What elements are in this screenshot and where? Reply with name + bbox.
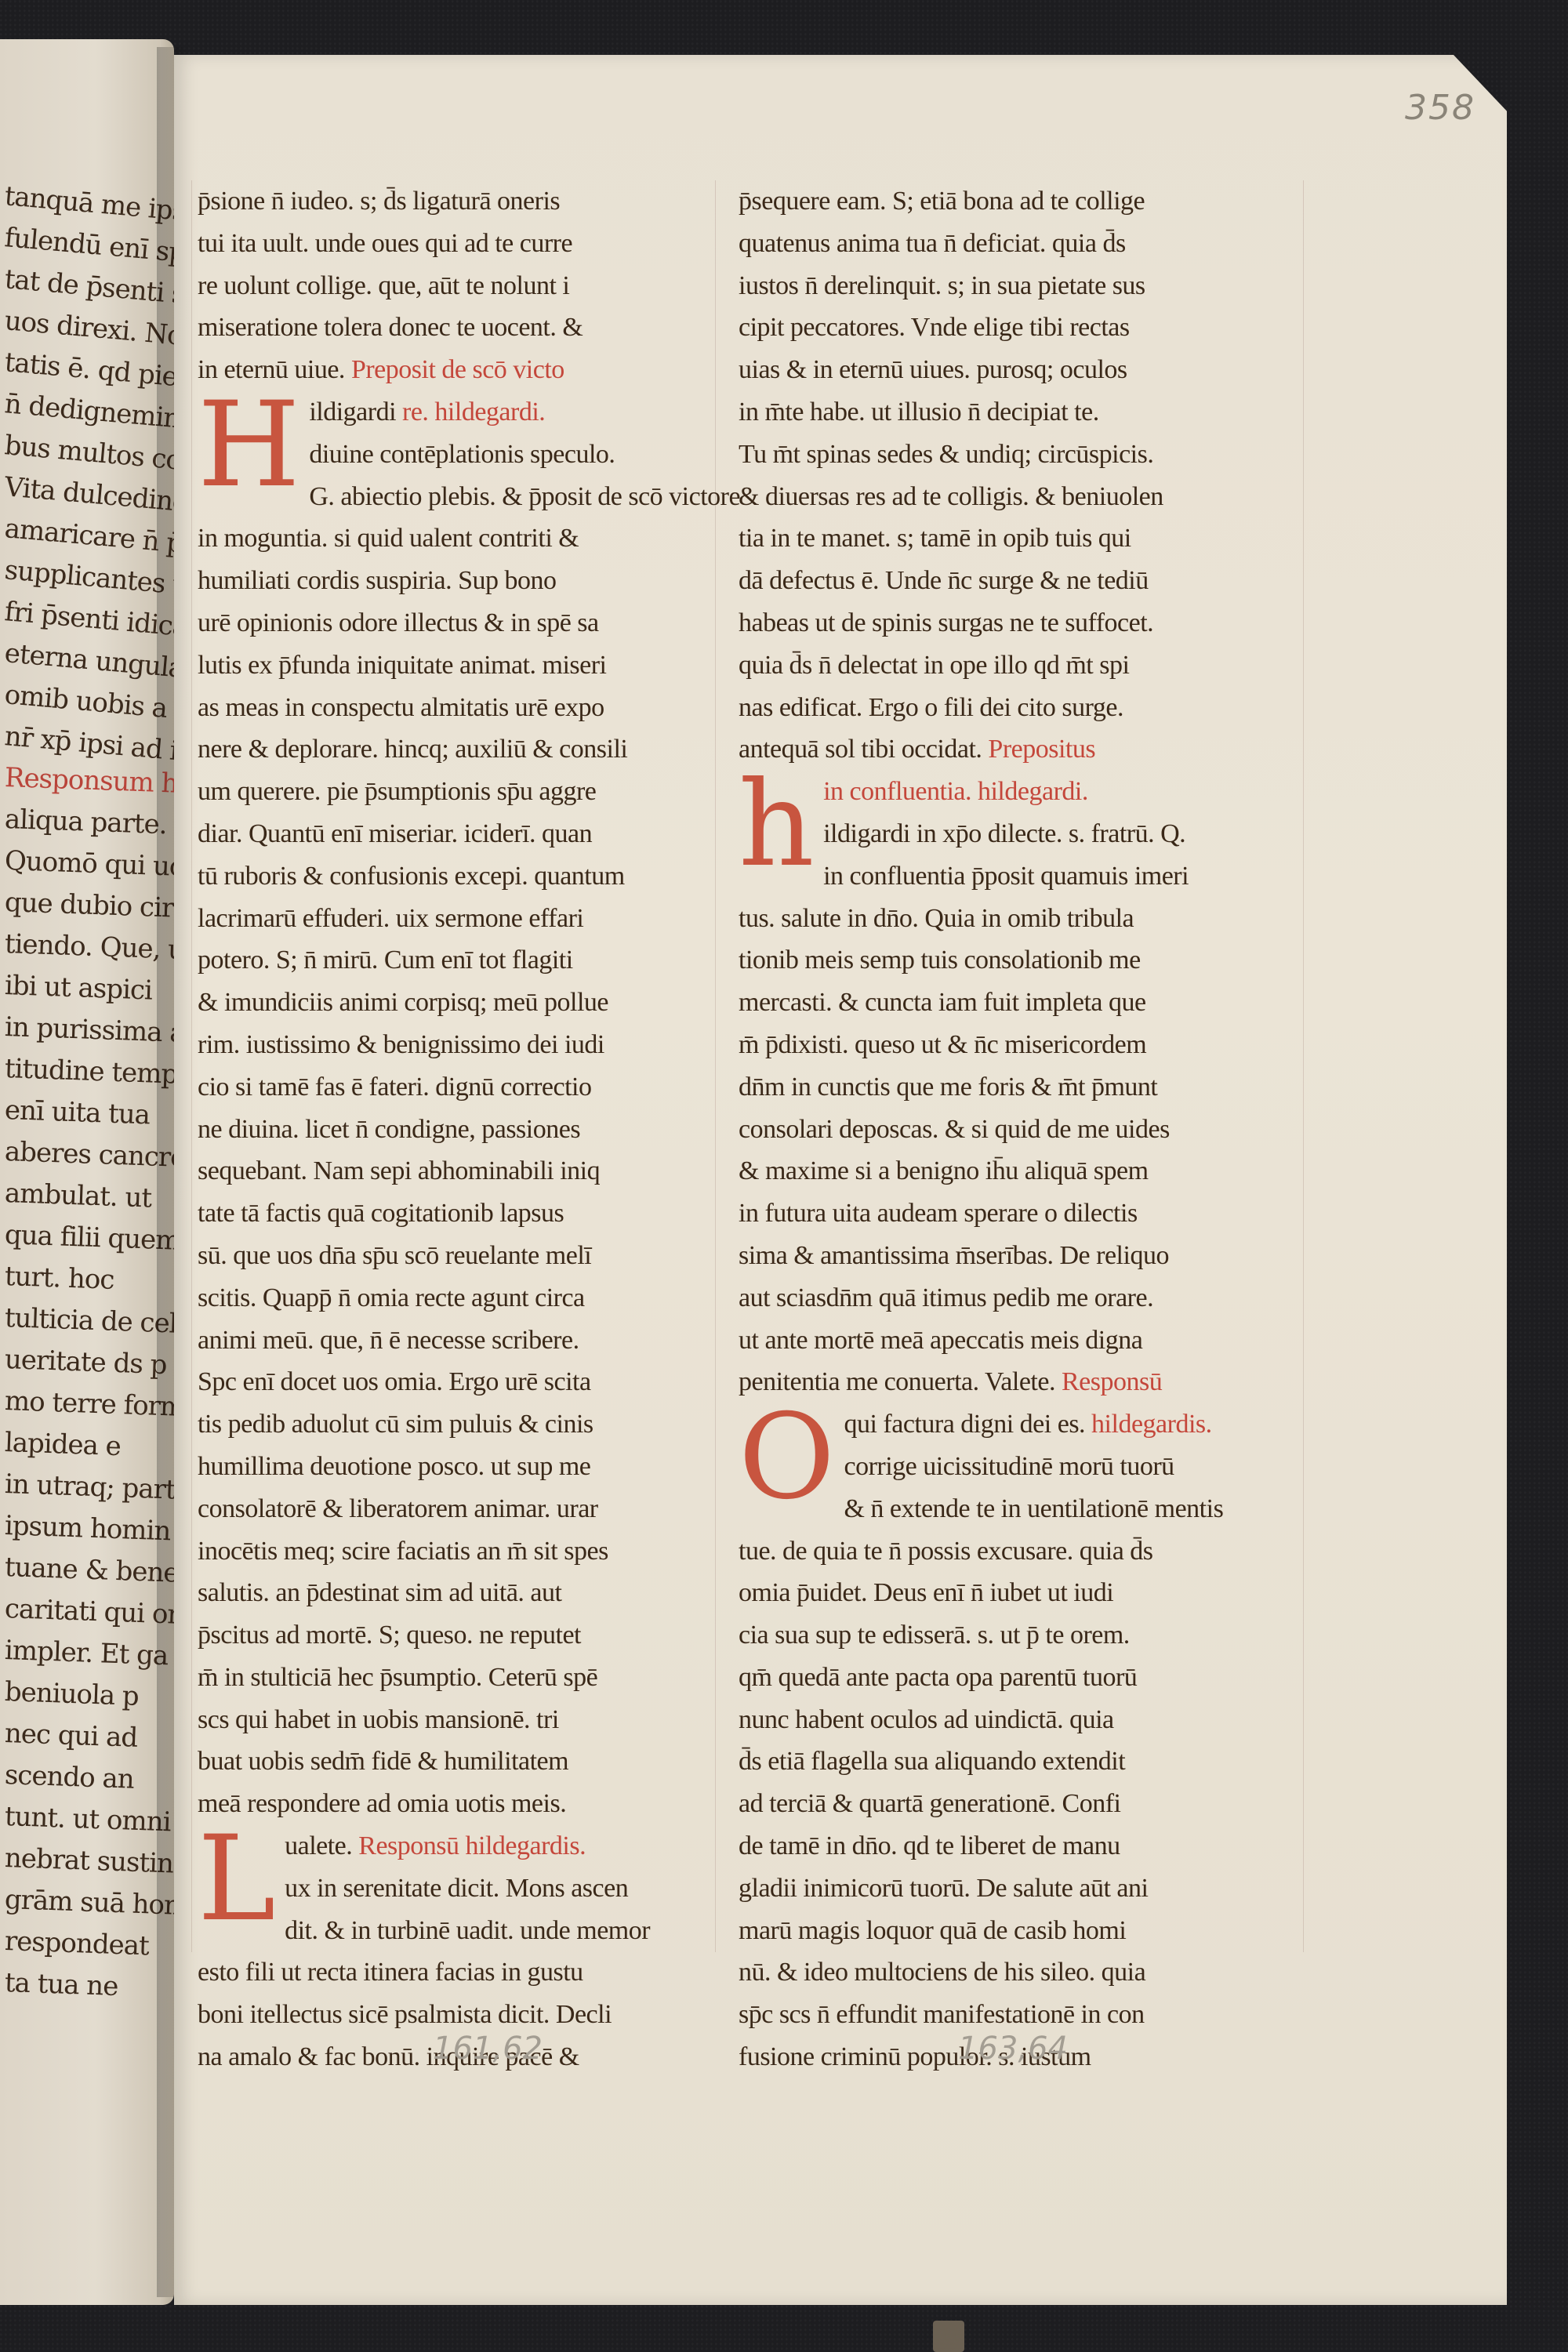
line-text: marū magis loquor quā de casib homi bbox=[739, 1916, 1126, 1945]
line-text: scs qui habet in uobis mansionē. tri bbox=[198, 1705, 559, 1734]
line-text: in moguntia. si quid ualent contriti & bbox=[198, 524, 579, 553]
left-page-line: ueritate ds p bbox=[4, 1344, 167, 1381]
manuscript-line: potero. S; n̄ mirū. Cum enī tot flagiti bbox=[198, 939, 707, 982]
line-text: cia sua sup te edisserā. s. ut p̄ te ore… bbox=[739, 1621, 1130, 1650]
manuscript-line: Lualete. Responsū hildegardis. bbox=[198, 1825, 707, 1867]
ruling-line bbox=[715, 180, 716, 1952]
manuscript-line: humillima deuotione posco. ut sup me bbox=[198, 1446, 707, 1488]
line-text: nere & deplorare. hincq; auxiliū & consi… bbox=[198, 735, 627, 764]
line-text: aut sciasdn̄m quā itimus pedib me orare. bbox=[739, 1283, 1153, 1312]
manuscript-line: m̄ p̄dixisti. queso ut & n̄c misericorde… bbox=[739, 1024, 1303, 1066]
line-text: boni itellectus sicē psalmista dicit. De… bbox=[198, 2000, 612, 2029]
line-text: nunc habent oculos ad uindictā. quia bbox=[739, 1705, 1114, 1734]
line-text: uias & in eternū uiues. purosq; oculos bbox=[739, 355, 1127, 384]
left-page-line: beniuola p bbox=[4, 1676, 139, 1712]
manuscript-line: & maxime si a benigno ih̄u aliquā spem bbox=[739, 1150, 1303, 1192]
left-page-line: in utraq; parte bbox=[4, 1468, 174, 1506]
manuscript-line: ne diuina. licet n̄ condigne, passiones bbox=[198, 1109, 707, 1151]
line-text: diar. Quantū enī miseriar. iciderī. quan bbox=[198, 819, 592, 848]
left-page-line: ibi ut aspici bbox=[4, 970, 152, 1007]
line-text: quatenus anima tua n̄ deficiat. quia d̄s bbox=[739, 229, 1126, 258]
manuscript-line: ad terciā & quartā generationē. Confi bbox=[739, 1783, 1303, 1825]
manuscript-line: dā defectus ē. Unde n̄c surge & ne tediū bbox=[739, 560, 1303, 602]
manuscript-line: scs qui habet in uobis mansionē. tri bbox=[198, 1699, 707, 1741]
left-page-line: impler. Et ga bbox=[4, 1635, 169, 1671]
manuscript-line: rim. iustissimo & benignissimo dei iudi bbox=[198, 1024, 707, 1066]
line-text: mercasti. & cuncta iam fuit impleta que bbox=[739, 988, 1146, 1017]
left-page-line: ambulat. ut bbox=[4, 1178, 151, 1214]
line-text: ildigardi in xp̄o dilecte. s. fratrū. Q. bbox=[823, 819, 1185, 848]
manuscript-line: in confluentia p̄posit quamuis imeri bbox=[739, 855, 1303, 898]
manuscript-line: tū ruboris & confusionis excepi. quantum bbox=[198, 855, 707, 898]
line-text: sima & amantissima m̄serības. De reliquo bbox=[739, 1241, 1169, 1270]
manuscript-line: m̄ in stulticiā hec p̄sumptio. Ceterū sp… bbox=[198, 1657, 707, 1699]
line-text: animi meū. que, n̄ ē necesse scribere. bbox=[198, 1326, 579, 1355]
line-text: rim. iustissimo & benignissimo dei iudi bbox=[198, 1030, 604, 1059]
left-page-line: tunt. ut omni bbox=[4, 1801, 171, 1838]
manuscript-line: uias & in eternū uiues. purosq; oculos bbox=[739, 349, 1303, 391]
line-text: tū ruboris & confusionis excepi. quantum bbox=[198, 862, 625, 891]
line-text: m̄ in stulticiā hec p̄sumptio. Ceterū sp… bbox=[198, 1663, 597, 1692]
manuscript-line: Oqui factura digni dei es. hildegardis. bbox=[739, 1403, 1303, 1446]
manuscript-line: as meas in conspectu almitatis urē expo bbox=[198, 687, 707, 729]
line-text: dn̄m in cunctis que me foris & m̄t p̄mun… bbox=[739, 1073, 1157, 1102]
line-text: sp̄c scs n̄ effundit manifestationē in c… bbox=[739, 2000, 1145, 2029]
line-text: cio si tamē fas ē fateri. dignū correcti… bbox=[198, 1073, 592, 1102]
rubric-heading: Preposit de scō victo bbox=[351, 355, 564, 384]
line-text: humillima deuotione posco. ut sup me bbox=[198, 1452, 590, 1481]
manuscript-line: inocētis meq; scire faciatis an m̄ sit s… bbox=[198, 1530, 707, 1573]
line-text: esto fili ut recta itinera facias in gus… bbox=[198, 1958, 583, 1987]
left-page-line: enī uita tua bbox=[4, 1094, 150, 1131]
line-text: penitentia me conuerta. Valete. bbox=[739, 1367, 1062, 1396]
left-page-line: mo terre formam bbox=[4, 1385, 174, 1425]
left-page-line: titudine tempestati bbox=[4, 1053, 174, 1093]
manuscript-line: in moguntia. si quid ualent contriti & bbox=[198, 517, 707, 560]
line-text: nū. & ideo multociens de his sileo. quia bbox=[739, 1958, 1145, 1987]
line-text: ne diuina. licet n̄ condigne, passiones bbox=[198, 1115, 580, 1144]
line-text: humiliati cordis suspiria. Sup bono bbox=[198, 566, 557, 595]
line-text: & n̄ extende te in uentilationē mentis bbox=[844, 1494, 1223, 1523]
left-page-line: qua filii quem bbox=[4, 1219, 174, 1257]
line-text: tui ita uult. unde oues qui ad te curre bbox=[198, 229, 572, 258]
manuscript-line: Tu m̄t spinas sedes & undiq; circūspicis… bbox=[739, 434, 1303, 476]
decorated-initial: O bbox=[739, 1406, 834, 1508]
line-text: ad terciā & quartā generationē. Confi bbox=[739, 1789, 1121, 1818]
text-column-b: p̄sequere eam. S; etiā bona ad te collig… bbox=[739, 180, 1303, 2078]
manuscript-line: animi meū. que, n̄ ē necesse scribere. bbox=[198, 1319, 707, 1362]
manuscript-line: qm̄ quedā ante pacta opa parentū tuorū bbox=[739, 1657, 1303, 1699]
left-page-line: aberes cancro bbox=[4, 1136, 174, 1174]
line-text: m̄ p̄dixisti. queso ut & n̄c misericorde… bbox=[739, 1030, 1146, 1059]
manuscript-line: & imundiciis animi corpisq; meū pollue bbox=[198, 982, 707, 1024]
line-text: tionib meis semp tuis consolationib me bbox=[739, 946, 1141, 975]
line-text: ualete. bbox=[285, 1831, 358, 1860]
left-page-line: nec qui ad bbox=[4, 1718, 138, 1754]
manuscript-line: consolari deposcas. & si quid de me uide… bbox=[739, 1109, 1303, 1151]
manuscript-line: tia in te manet. s; tamē in opib tuis qu… bbox=[739, 517, 1303, 560]
left-page-line: ta tua ne bbox=[4, 1967, 118, 2002]
left-page-line: in purissima aurora bbox=[4, 1011, 174, 1051]
left-page-line: caritati qui omnia bbox=[4, 1593, 174, 1632]
manuscript-line: lutis ex p̄funda iniquitate animat. mise… bbox=[198, 644, 707, 687]
line-text: omia p̄uidet. Deus enī n̄ iubet ut iudi bbox=[739, 1578, 1113, 1607]
line-text: sequebant. Nam sepi abhominabili iniq bbox=[198, 1156, 600, 1185]
manuscript-line: marū magis loquor quā de casib homi bbox=[739, 1910, 1303, 1952]
manuscript-line: um querere. pie p̄sumptionis sp̄u aggre bbox=[198, 771, 707, 813]
manuscript-line: meā respondere ad omia uotis meis. bbox=[198, 1783, 707, 1825]
line-text: Tu m̄t spinas sedes & undiq; circūspicis… bbox=[739, 440, 1153, 469]
manuscript-line: Spc enī docet uos omia. Ergo urē scita bbox=[198, 1361, 707, 1403]
manuscript-line: lacrimarū effuderi. uix sermone effari bbox=[198, 898, 707, 940]
decorated-initial: L bbox=[198, 1828, 275, 1930]
line-text: ut ante mortē meā apeccatis meis digna bbox=[739, 1326, 1142, 1355]
manuscript-line: d̄s etiā flagella sua aliquando extendit bbox=[739, 1740, 1303, 1783]
left-page-line: tiendo. Que, uel bbox=[4, 928, 174, 967]
manuscript-line: tus. salute in dn̄o. Quia in omib tribul… bbox=[739, 898, 1303, 940]
line-text: tue. de quia te n̄ possis excusare. quia… bbox=[739, 1537, 1153, 1566]
manuscript-line: buat uobis sedm̄ fidē & humilitatem bbox=[198, 1740, 707, 1783]
line-text: re uolunt collige. que, aūt te nolunt i bbox=[198, 271, 569, 300]
text-column-a: p̄sione n̄ iudeo. s; d̄s ligaturā oneris… bbox=[198, 180, 707, 2078]
line-text: salutis. an p̄destinat sim ad uitā. aut bbox=[198, 1578, 561, 1607]
manuscript-line: sequebant. Nam sepi abhominabili iniq bbox=[198, 1150, 707, 1192]
manuscript-line: quatenus anima tua n̄ deficiat. quia d̄s bbox=[739, 223, 1303, 265]
manuscript-line: penitentia me conuerta. Valete. Responsū bbox=[739, 1361, 1303, 1403]
line-text: ux in serenitate dicit. Mons ascen bbox=[285, 1874, 628, 1903]
line-text: lutis ex p̄funda iniquitate animat. mise… bbox=[198, 651, 607, 680]
line-text: antequā sol tibi occidat. bbox=[739, 735, 988, 764]
manuscript-line: quia d̄s n̄ delectat in ope illo qd m̄t … bbox=[739, 644, 1303, 687]
line-text: qm̄ quedā ante pacta opa parentū tuorū bbox=[739, 1663, 1137, 1692]
line-text: dā defectus ē. Unde n̄c surge & ne tediū bbox=[739, 566, 1149, 595]
manuscript-line: tue. de quia te n̄ possis excusare. quia… bbox=[739, 1530, 1303, 1573]
manuscript-line: antequā sol tibi occidat. Prepositus bbox=[739, 728, 1303, 771]
manuscript-line: salutis. an p̄destinat sim ad uitā. aut bbox=[198, 1572, 707, 1614]
line-text: qui factura digni dei es. bbox=[844, 1410, 1091, 1439]
manuscript-folio: 358 p̄sione n̄ iudeo. s; d̄s ligaturā on… bbox=[174, 55, 1507, 2305]
manuscript-line: urē opinionis odore illectus & in spē sa bbox=[198, 602, 707, 644]
pencil-note: 161,62 bbox=[433, 2031, 543, 2067]
line-text: Spc enī docet uos omia. Ergo urē scita bbox=[198, 1367, 591, 1396]
folio-number: 358 bbox=[1405, 88, 1475, 128]
manuscript-line: esto fili ut recta itinera facias in gus… bbox=[198, 1951, 707, 1994]
line-text: p̄scitus ad mortē. S; queso. ne reputet bbox=[198, 1621, 581, 1650]
manuscript-line: re uolunt collige. que, aūt te nolunt i bbox=[198, 265, 707, 307]
line-text: quia d̄s n̄ delectat in ope illo qd m̄t … bbox=[739, 651, 1129, 680]
manuscript-line: p̄sione n̄ iudeo. s; d̄s ligaturā oneris bbox=[198, 180, 707, 223]
line-text: d̄s etiā flagella sua aliquando extendit bbox=[739, 1747, 1125, 1776]
line-text: de tamē in dn̄o. qd te liberet de manu bbox=[739, 1831, 1120, 1860]
line-text: meā respondere ad omia uotis meis. bbox=[198, 1789, 566, 1818]
left-page-fragment: tanquā me ipsū p̄sentifulendū enī sp̄n d… bbox=[0, 39, 174, 2305]
line-text: miseratione tolera donec te uocent. & bbox=[198, 313, 583, 342]
manuscript-line: gladii inimicorū tuorū. De salute aūt an… bbox=[739, 1867, 1303, 1910]
left-page-line: que dubio circū bbox=[4, 887, 174, 925]
left-page-line: Responsum hild bbox=[4, 762, 174, 800]
line-text: cipit peccatores. Vnde elige tibi rectas bbox=[739, 313, 1130, 342]
line-text: ildigardi bbox=[309, 397, 402, 426]
left-page-line: ipsum homin bbox=[4, 1510, 171, 1547]
line-text: diuine contēplationis speculo. bbox=[309, 440, 615, 469]
manuscript-line: mercasti. & cuncta iam fuit impleta que bbox=[739, 982, 1303, 1024]
manuscript-line: & diuersas res ad te colligis. & beniuol… bbox=[739, 476, 1303, 518]
manuscript-line: scitis. Quapp̄ n̄ omia recte agunt circa bbox=[198, 1277, 707, 1319]
manuscript-line: cio si tamē fas ē fateri. dignū correcti… bbox=[198, 1066, 707, 1109]
manuscript-line: nū. & ideo multociens de his sileo. quia bbox=[739, 1951, 1303, 1994]
manuscript-line: cipit peccatores. Vnde elige tibi rectas bbox=[739, 307, 1303, 349]
line-text: inocētis meq; scire faciatis an m̄ sit s… bbox=[198, 1537, 608, 1566]
line-text: G. abiectio plebis. & p̄posit de scō vic… bbox=[309, 482, 740, 511]
left-page-line: turt. hoc bbox=[4, 1261, 114, 1296]
line-text: urē opinionis odore illectus & in spē sa bbox=[198, 608, 599, 637]
left-page-line: grām suā hom bbox=[4, 1884, 174, 1922]
ruling-line bbox=[191, 180, 192, 1952]
left-page-line: omib uobis a xp̄o bbox=[3, 679, 174, 729]
left-page-line: aliqua parte. ut bbox=[4, 804, 174, 842]
left-page-line: Quomō qui uor bbox=[4, 845, 174, 884]
line-text: dit. & in turbinē uadit. unde memor bbox=[285, 1916, 650, 1945]
manuscript-line: habeas ut de spinis surgas ne te suffoce… bbox=[739, 602, 1303, 644]
manuscript-line: humiliati cordis suspiria. Sup bono bbox=[198, 560, 707, 602]
manuscript-line: in futura uita audeam sperare o dilectis bbox=[739, 1192, 1303, 1235]
left-page-line: respondeat bbox=[4, 1926, 149, 1962]
decorated-initial: h bbox=[739, 774, 814, 876]
line-text: tus. salute in dn̄o. Quia in omib tribul… bbox=[739, 904, 1134, 933]
left-page-line: tulticia de celo bbox=[4, 1302, 174, 1340]
book-clasp bbox=[933, 2321, 964, 2352]
manuscript-line: sp̄c scs n̄ effundit manifestationē in c… bbox=[739, 1994, 1303, 2036]
line-text: corrige uicissitudinē morū tuorū bbox=[844, 1452, 1174, 1481]
line-text: tate tā factis quā cogitationib lapsus bbox=[198, 1199, 564, 1228]
line-text: potero. S; n̄ mirū. Cum enī tot flagiti bbox=[198, 946, 573, 975]
line-text: & imundiciis animi corpisq; meū pollue bbox=[198, 988, 608, 1017]
line-text: in m̄te habe. ut illusio n̄ decipiat te. bbox=[739, 397, 1099, 426]
line-text: p̄sequere eam. S; etiā bona ad te collig… bbox=[739, 187, 1145, 216]
manuscript-line: boni itellectus sicē psalmista dicit. De… bbox=[198, 1994, 707, 2036]
line-text: in eternū uiue. bbox=[198, 355, 351, 384]
line-text: sū. que uos dn̄a sp̄u scō reuelante melī bbox=[198, 1241, 591, 1270]
manuscript-line: p̄sequere eam. S; etiā bona ad te collig… bbox=[739, 180, 1303, 223]
line-text: consolari deposcas. & si quid de me uide… bbox=[739, 1115, 1170, 1144]
manuscript-line: miseratione tolera donec te uocent. & bbox=[198, 307, 707, 349]
manuscript-line: dn̄m in cunctis que me foris & m̄t p̄mun… bbox=[739, 1066, 1303, 1109]
ruling-line bbox=[1303, 180, 1304, 1952]
manuscript-line: de tamē in dn̄o. qd te liberet de manu bbox=[739, 1825, 1303, 1867]
manuscript-line: Hildigardi re. hildegardi. bbox=[198, 391, 707, 434]
manuscript-line: aut sciasdn̄m quā itimus pedib me orare. bbox=[739, 1277, 1303, 1319]
line-text: lacrimarū effuderi. uix sermone effari bbox=[198, 904, 583, 933]
line-text: um querere. pie p̄sumptionis sp̄u aggre bbox=[198, 777, 596, 806]
rubric-heading: in confluentia. hildegardi. bbox=[823, 777, 1088, 806]
line-text: & diuersas res ad te colligis. & beniuol… bbox=[739, 482, 1163, 511]
line-text: consolatorē & liberatorem animar. urar bbox=[198, 1494, 598, 1523]
manuscript-line: tate tā factis quā cogitationib lapsus bbox=[198, 1192, 707, 1235]
left-page-line: scendo an bbox=[4, 1759, 134, 1795]
line-text: in confluentia p̄posit quamuis imeri bbox=[823, 862, 1189, 891]
manuscript-line: tionib meis semp tuis consolationib me bbox=[739, 939, 1303, 982]
line-text: as meas in conspectu almitatis urē expo bbox=[198, 693, 604, 722]
line-text: in futura uita audeam sperare o dilectis bbox=[739, 1199, 1138, 1228]
left-page-line: nebrat sustine bbox=[4, 1842, 174, 1880]
left-page-line: tuane & benedi bbox=[4, 1552, 174, 1590]
line-text: habeas ut de spinis surgas ne te suffoce… bbox=[739, 608, 1153, 637]
manuscript-line: in eternū uiue. Preposit de scō victo bbox=[198, 349, 707, 391]
manuscript-line: diar. Quantū enī miseriar. iciderī. quan bbox=[198, 813, 707, 855]
manuscript-line: omia p̄uidet. Deus enī n̄ iubet ut iudi bbox=[739, 1572, 1303, 1614]
manuscript-line: in m̄te habe. ut illusio n̄ decipiat te. bbox=[739, 391, 1303, 434]
manuscript-line: nas edificat. Ergo o fili dei cito surge… bbox=[739, 687, 1303, 729]
manuscript-line: nere & deplorare. hincq; auxiliū & consi… bbox=[198, 728, 707, 771]
line-text: iustos n̄ derelinquit. s; in sua pietate… bbox=[739, 271, 1145, 300]
line-text: buat uobis sedm̄ fidē & humilitatem bbox=[198, 1747, 568, 1776]
line-text: scitis. Quapp̄ n̄ omia recte agunt circa bbox=[198, 1283, 585, 1312]
manuscript-line: nunc habent oculos ad uindictā. quia bbox=[739, 1699, 1303, 1741]
manuscript-line: sima & amantissima m̄serības. De reliquo bbox=[739, 1235, 1303, 1277]
line-text: p̄sione n̄ iudeo. s; d̄s ligaturā oneris bbox=[198, 187, 560, 216]
rubric-heading: Prepositus bbox=[988, 735, 1095, 764]
manuscript-line: p̄scitus ad mortē. S; queso. ne reputet bbox=[198, 1614, 707, 1657]
line-text: tis pedib aduolut cū sim puluis & cinis bbox=[198, 1410, 593, 1439]
rubric-heading: Responsū bbox=[1062, 1367, 1162, 1396]
manuscript-line: cia sua sup te edisserā. s. ut p̄ te ore… bbox=[739, 1614, 1303, 1657]
rubric-heading: hildegardis. bbox=[1091, 1410, 1212, 1439]
rubric-heading: re. hildegardi. bbox=[402, 397, 545, 426]
manuscript-line: consolatorē & liberatorem animar. urar bbox=[198, 1488, 707, 1530]
pencil-note: 163,64 bbox=[958, 2031, 1068, 2067]
line-text: & maxime si a benigno ih̄u aliquā spem bbox=[739, 1156, 1149, 1185]
decorated-initial: H bbox=[198, 394, 299, 496]
manuscript-line: hin confluentia. hildegardi. bbox=[739, 771, 1303, 813]
manuscript-line: iustos n̄ derelinquit. s; in sua pietate… bbox=[739, 265, 1303, 307]
line-text: gladii inimicorū tuorū. De salute aūt an… bbox=[739, 1874, 1148, 1903]
line-text: tia in te manet. s; tamē in opib tuis qu… bbox=[739, 524, 1131, 553]
manuscript-line: ut ante mortē meā apeccatis meis digna bbox=[739, 1319, 1303, 1362]
left-page-line: lapidea e bbox=[4, 1427, 121, 1462]
manuscript-line: sū. que uos dn̄a sp̄u scō reuelante melī bbox=[198, 1235, 707, 1277]
line-text: nas edificat. Ergo o fili dei cito surge… bbox=[739, 693, 1123, 722]
manuscript-line: tis pedib aduolut cū sim puluis & cinis bbox=[198, 1403, 707, 1446]
manuscript-line: tui ita uult. unde oues qui ad te curre bbox=[198, 223, 707, 265]
manuscript-line: ildigardi in xp̄o dilecte. s. fratrū. Q. bbox=[739, 813, 1303, 855]
rubric-heading: Responsū hildegardis. bbox=[358, 1831, 586, 1860]
